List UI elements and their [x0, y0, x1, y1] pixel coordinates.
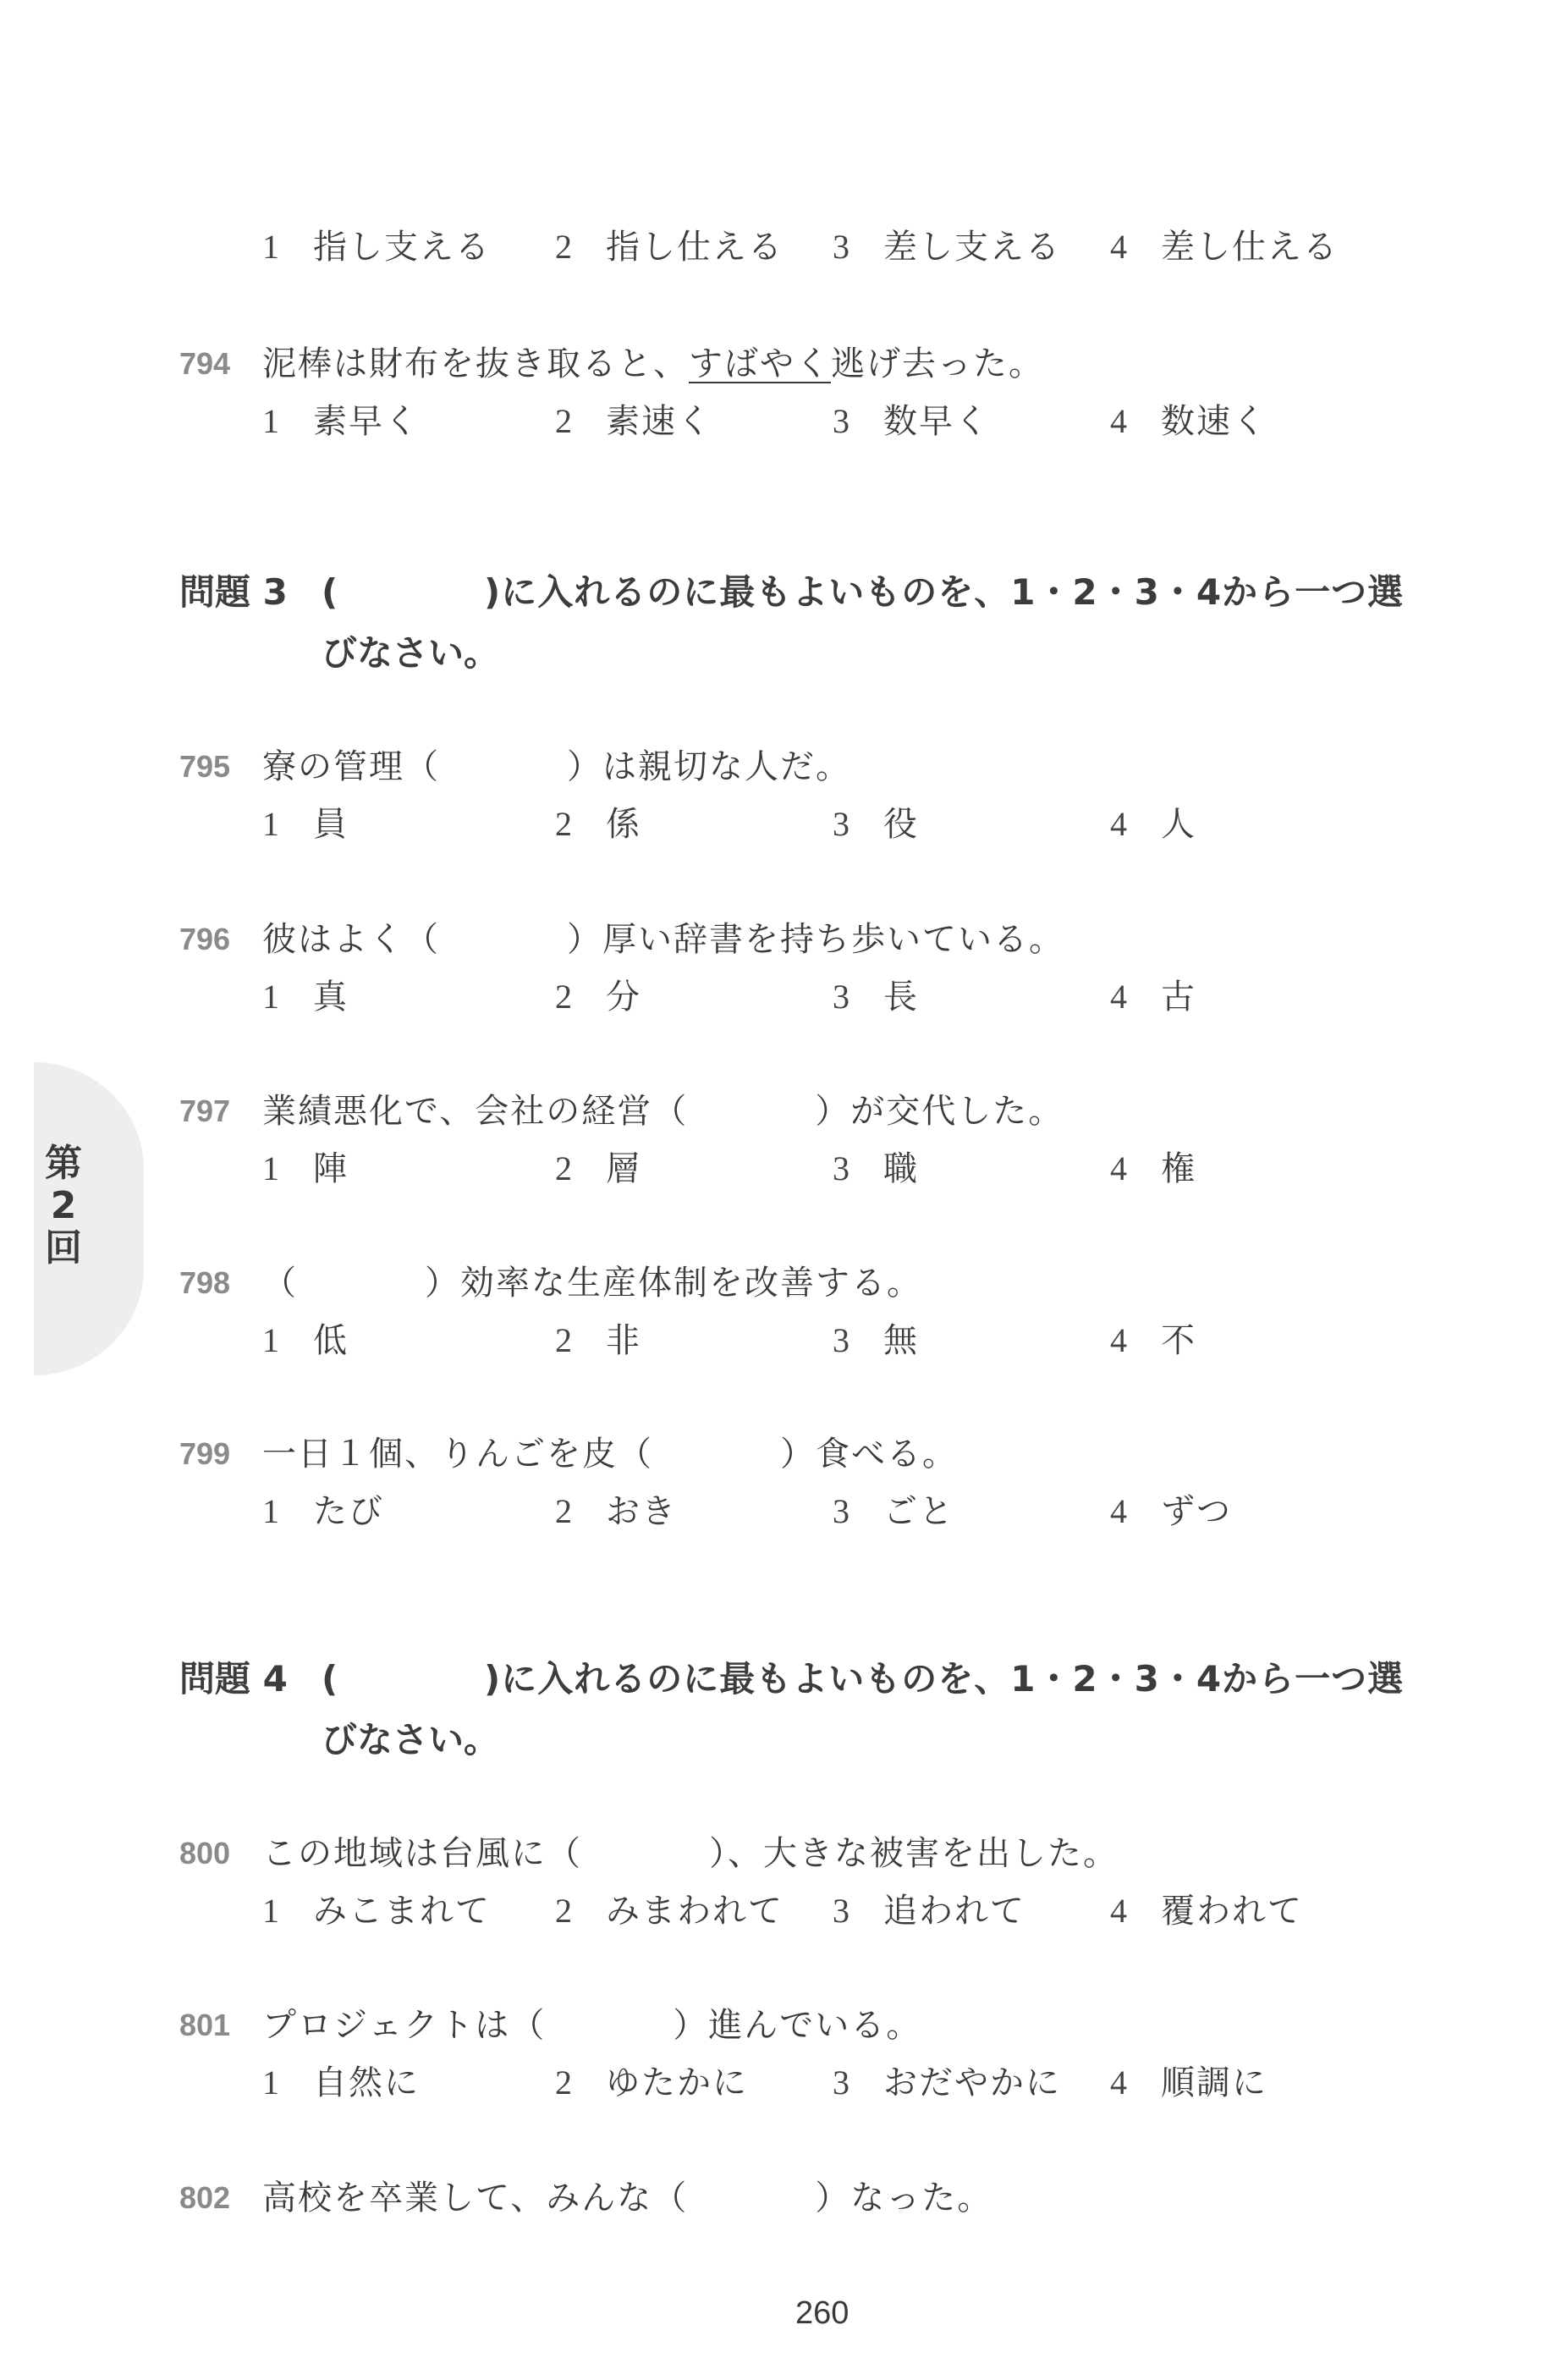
question-number: 800: [179, 1828, 230, 1879]
option-number: 1: [262, 1315, 313, 1366]
question-796: 796 彼はよく（）厚い辞書を持ち歩いている。: [0, 914, 1556, 965]
option-1[interactable]: 1陣: [262, 1143, 349, 1194]
option-text: 無: [883, 1321, 919, 1360]
option-number: 1: [262, 396, 313, 447]
option-text: ごと: [883, 1492, 954, 1531]
option-number: 2: [555, 1143, 606, 1194]
option-text: 分: [606, 978, 641, 1016]
option-text: 素早く: [313, 402, 420, 441]
option-2[interactable]: 2分: [555, 972, 641, 1022]
option-number: 4: [1110, 2058, 1161, 2108]
q794-options: 1素早く 2素速く 3数早く 4数速く: [0, 396, 1556, 447]
option-2[interactable]: 2みまわれて: [555, 1886, 783, 1937]
option-1[interactable]: 1素早く: [262, 396, 420, 447]
page-number: 260: [795, 2295, 849, 2332]
question-number: 796: [179, 914, 230, 965]
option-number: 2: [555, 1486, 606, 1537]
option-number: 3: [833, 972, 883, 1022]
question-number: 801: [179, 2000, 230, 2051]
option-text: 陣: [313, 1149, 349, 1188]
option-number: 4: [1110, 222, 1161, 273]
option-3[interactable]: 3長: [833, 972, 919, 1022]
option-number: 1: [262, 799, 313, 850]
option-4[interactable]: 4人: [1110, 799, 1196, 850]
question-number: 794: [179, 339, 230, 389]
question-text: （）効率な生産体制を改善する。: [262, 1258, 922, 1308]
option-number: 2: [555, 1315, 606, 1366]
question-text: 業績悪化で、会社の経営（）が交代した。: [262, 1086, 1064, 1137]
section-instruction: )に入れるのに最もよいものを、1・2・3・4から一つ選: [484, 565, 1404, 620]
option-text: おだやかに: [883, 2063, 1061, 2102]
question-text: 彼はよく（）厚い辞書を持ち歩いている。: [262, 914, 1064, 965]
option-3[interactable]: 3職: [833, 1143, 919, 1194]
section-label: 問題 3: [179, 565, 288, 620]
blank-paren: (: [322, 1652, 338, 1706]
q801-options: 1自然に 2ゆたかに 3おだやかに 4順調に: [0, 2058, 1556, 2108]
q796-options: 1真 2分 3長 4古: [0, 972, 1556, 1022]
option-1[interactable]: 1たび: [262, 1486, 384, 1537]
section-label: 問題 4: [179, 1652, 288, 1706]
question-number: 795: [179, 741, 230, 792]
option-number: 1: [262, 2058, 313, 2108]
option-number: 1: [262, 972, 313, 1022]
question-795: 795 寮の管理（）は親切な人だ。: [0, 741, 1556, 792]
option-text: 数速く: [1161, 402, 1267, 441]
option-4[interactable]: 4権: [1110, 1143, 1196, 1194]
question-797: 797 業績悪化で、会社の経営（）が交代した。: [0, 1086, 1556, 1137]
option-1[interactable]: 1自然に: [262, 2058, 420, 2108]
question-text: 高校を卒業して、みんな（）なった。: [262, 2173, 992, 2223]
question-number: 799: [179, 1429, 230, 1479]
option-text: 長: [883, 978, 919, 1016]
option-number: 2: [555, 2058, 606, 2108]
option-text: 員: [313, 805, 349, 844]
option-4[interactable]: 4数速く: [1110, 396, 1267, 447]
option-text: 係: [606, 805, 641, 844]
question-number: 802: [179, 2173, 230, 2223]
option-2[interactable]: 2素速く: [555, 396, 712, 447]
option-number: 2: [555, 972, 606, 1022]
q793-options: 1指し支える 2指し仕える 3差し支える 4差し仕える: [0, 222, 1556, 273]
option-text: 指し支える: [313, 228, 491, 267]
option-number: 2: [555, 396, 606, 447]
option-number: 4: [1110, 1143, 1161, 1194]
question-text-after: ）進んでいる。: [673, 2006, 921, 2045]
q797-options: 1陣 2層 3職 4権: [0, 1143, 1556, 1194]
question-text-after: ）が交代した。: [815, 1092, 1064, 1131]
option-text: たび: [313, 1492, 384, 1531]
option-number: 4: [1110, 1886, 1161, 1937]
question-text-after: ）、大きな被害を出した。: [709, 1834, 1119, 1873]
option-number: 1: [262, 1886, 313, 1937]
question-802: 802 高校を卒業して、みんな（）なった。: [0, 2173, 1556, 2223]
option-3[interactable]: 3無: [833, 1315, 919, 1366]
option-4[interactable]: 4差し仕える: [1110, 222, 1339, 273]
option-number: 3: [833, 1886, 883, 1937]
side-tab-char: 回: [34, 1227, 93, 1270]
question-text-before: 彼はよく（: [262, 920, 440, 959]
option-3[interactable]: 3差し支える: [833, 222, 1061, 273]
question-text-before: 泥棒は財布を抜き取ると、: [262, 344, 689, 383]
option-4[interactable]: 4覆われて: [1110, 1886, 1303, 1937]
option-number: 1: [262, 1486, 313, 1537]
section-instruction-line2: びなさい。: [322, 1713, 499, 1767]
option-4[interactable]: 4不: [1110, 1315, 1196, 1366]
option-text: ゆたかに: [606, 2063, 748, 2102]
option-1[interactable]: 1真: [262, 972, 349, 1022]
option-number: 4: [1110, 396, 1161, 447]
option-text: 差し支える: [883, 228, 1061, 267]
option-1[interactable]: 1低: [262, 1315, 349, 1366]
option-text: 古: [1161, 978, 1196, 1016]
option-3[interactable]: 3おだやかに: [833, 2058, 1061, 2108]
option-text: 層: [606, 1149, 641, 1188]
option-3[interactable]: 3ごと: [833, 1486, 954, 1537]
option-number: 4: [1110, 1315, 1161, 1366]
option-4[interactable]: 4ずつ: [1110, 1486, 1232, 1537]
question-text: プロジェクトは（）進んでいる。: [262, 2000, 921, 2051]
option-text: 差し仕える: [1161, 228, 1339, 267]
side-tab-char: 第: [34, 1143, 93, 1185]
option-number: 2: [555, 1886, 606, 1937]
option-text: 役: [883, 805, 919, 844]
option-2[interactable]: 2非: [555, 1315, 641, 1366]
option-number: 3: [833, 1315, 883, 1366]
blank-paren: (: [322, 565, 338, 620]
section-instruction: )に入れるのに最もよいものを、1・2・3・4から一つ選: [484, 1652, 1404, 1706]
option-2[interactable]: 2おき: [555, 1486, 677, 1537]
option-text: 権: [1161, 1149, 1196, 1188]
q800-options: 1みこまれて 2みまわれて 3追われて 4覆われて: [0, 1886, 1556, 1937]
q798-options: 1低 2非 3無 4不: [0, 1315, 1556, 1366]
question-text: この地域は台風に（）、大きな被害を出した。: [262, 1828, 1119, 1879]
question-number: 798: [179, 1258, 230, 1308]
option-text: 順調に: [1161, 2063, 1267, 2102]
question-text-before: （: [262, 1264, 298, 1303]
option-1[interactable]: 1員: [262, 799, 349, 850]
question-text: 一日１個、りんごを皮（）食べる。: [262, 1429, 958, 1479]
option-text: 数早く: [883, 402, 990, 441]
option-2[interactable]: 2指し仕える: [555, 222, 783, 273]
chapter-side-tab-label: 第 2 回: [34, 1143, 93, 1270]
question-text-after: ）は親切な人だ。: [567, 747, 851, 786]
question-799: 799 一日１個、りんごを皮（）食べる。: [0, 1429, 1556, 1479]
side-tab-char: 2: [34, 1185, 93, 1227]
question-text-before: 業績悪化で、会社の経営（: [262, 1092, 688, 1131]
option-number: 3: [833, 2058, 883, 2108]
question-text-after: ）厚い辞書を持ち歩いている。: [567, 920, 1064, 959]
option-4[interactable]: 4古: [1110, 972, 1196, 1022]
option-3[interactable]: 3追われて: [833, 1886, 1025, 1937]
q795-options: 1員 2係 3役 4人: [0, 799, 1556, 850]
option-text: 人: [1161, 805, 1196, 844]
option-text: 指し仕える: [606, 228, 783, 267]
option-2[interactable]: 2層: [555, 1143, 641, 1194]
option-number: 3: [833, 396, 883, 447]
option-text: おき: [606, 1492, 677, 1531]
question-801: 801 プロジェクトは（）進んでいる。: [0, 2000, 1556, 2051]
option-text: 追われて: [883, 1892, 1025, 1931]
option-3[interactable]: 3役: [833, 799, 919, 850]
question-text-before: 寮の管理（: [262, 747, 440, 786]
q799-options: 1たび 2おき 3ごと 4ずつ: [0, 1486, 1556, 1537]
option-text: 職: [883, 1149, 919, 1188]
option-number: 1: [262, 1143, 313, 1194]
question-text-before: 高校を卒業して、みんな（: [262, 2179, 688, 2217]
option-number: 1: [262, 222, 313, 273]
question-text: 泥棒は財布を抜き取ると、すばやく逃げ去った。: [262, 339, 1044, 389]
option-number: 2: [555, 799, 606, 850]
option-text: みまわれて: [606, 1892, 783, 1931]
option-2[interactable]: 2係: [555, 799, 641, 850]
option-number: 3: [833, 1143, 883, 1194]
question-800: 800 この地域は台風に（）、大きな被害を出した。: [0, 1828, 1556, 1879]
option-4[interactable]: 4順調に: [1110, 2058, 1267, 2108]
question-text-before: この地域は台風に（: [262, 1834, 582, 1873]
option-text: 真: [313, 978, 349, 1016]
option-number: 4: [1110, 972, 1161, 1022]
option-text: みこまれて: [313, 1892, 491, 1931]
question-794: 794 泥棒は財布を抜き取ると、すばやく逃げ去った。: [0, 339, 1556, 389]
option-text: 自然に: [313, 2063, 420, 2102]
option-3[interactable]: 3数早く: [833, 396, 990, 447]
question-text-before: 一日１個、りんごを皮（: [262, 1435, 653, 1474]
option-text: 低: [313, 1321, 349, 1360]
option-text: 不: [1161, 1321, 1196, 1360]
option-number: 3: [833, 222, 883, 273]
section-instruction-line2: びなさい。: [322, 626, 499, 680]
option-number: 2: [555, 222, 606, 273]
question-text-after: ）なった。: [815, 2179, 992, 2217]
option-2[interactable]: 2ゆたかに: [555, 2058, 748, 2108]
question-number: 797: [179, 1086, 230, 1137]
question-text-after: ）効率な生産体制を改善する。: [425, 1264, 922, 1303]
question-text: 寮の管理（）は親切な人だ。: [262, 741, 851, 792]
question-798: 798 （）効率な生産体制を改善する。: [0, 1258, 1556, 1308]
option-number: 4: [1110, 1486, 1161, 1537]
option-text: 非: [606, 1321, 641, 1360]
question-text-before: プロジェクトは（: [262, 2006, 546, 2045]
option-text: 覆われて: [1161, 1892, 1303, 1931]
option-number: 4: [1110, 799, 1161, 850]
option-1[interactable]: 1みこまれて: [262, 1886, 491, 1937]
option-number: 3: [833, 799, 883, 850]
option-1[interactable]: 1指し支える: [262, 222, 491, 273]
exam-page: 1指し支える 2指し仕える 3差し支える 4差し仕える 794 泥棒は財布を抜き…: [0, 0, 1556, 2380]
option-text: 素速く: [606, 402, 712, 441]
option-number: 3: [833, 1486, 883, 1537]
underlined-word: すばやく: [689, 344, 831, 383]
option-text: ずつ: [1161, 1492, 1232, 1531]
question-text-after: ）食べる。: [780, 1435, 958, 1474]
question-text-after: 逃げ去った。: [831, 344, 1044, 383]
